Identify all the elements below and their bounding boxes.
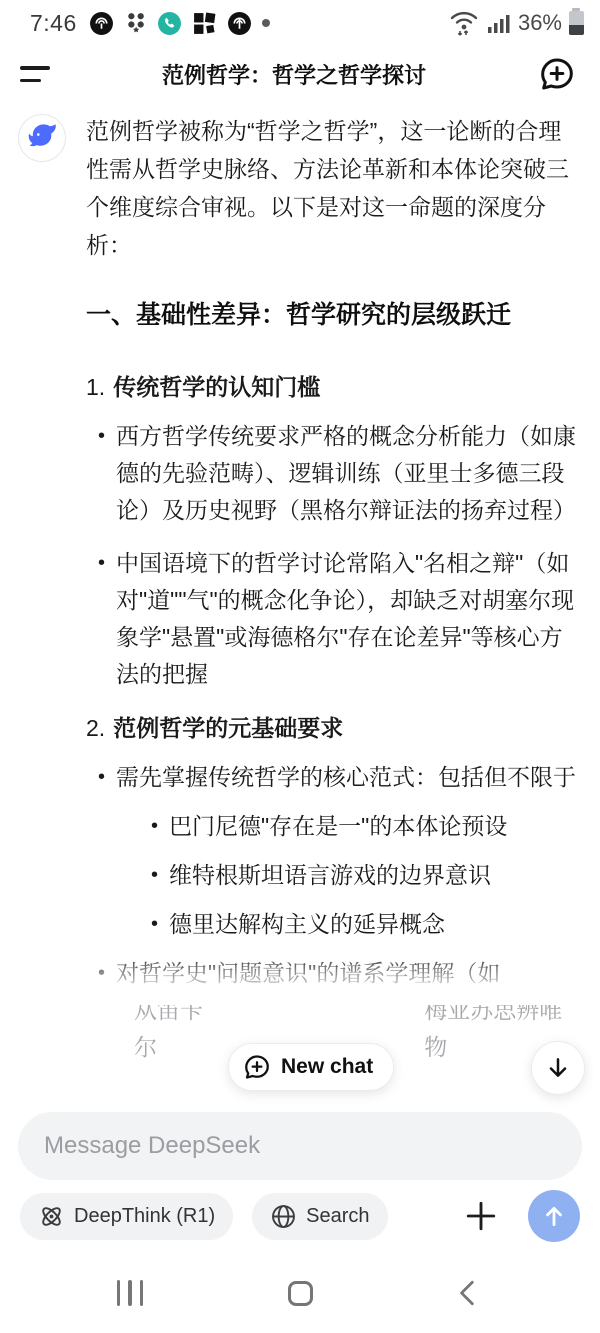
arrow-up-icon [541,1203,567,1229]
send-button[interactable] [528,1190,580,1242]
attach-button[interactable] [461,1196,501,1236]
clock: 7:46 [30,10,77,37]
numbered-item-2-title: 2.范例哲学的元基础要求 [86,709,582,747]
bullet: •需先掌握传统哲学的核心范式：包括但不限于 [86,759,582,796]
notification-circle-icon [89,11,114,36]
grid-collage-icon [192,11,217,36]
four-dots-icon [124,10,147,37]
new-chat-label: New chat [281,1055,373,1079]
message-input[interactable] [18,1112,582,1180]
composer-actions [461,1190,580,1242]
assistant-message-body: 范例哲学被称为“哲学之哲学”，这一论断的合理性需从哲学史脉络、方法论革新和本体论… [86,112,582,1066]
search-label: Search [306,1205,369,1228]
status-bar: 7:46 36% [0,0,600,46]
chat-scroll-area[interactable]: 范例哲学被称为“哲学之哲学”，这一论断的合理性需从哲学史脉络、方法论革新和本体论… [0,100,600,1105]
recents-button[interactable] [90,1253,170,1333]
menu-button[interactable] [20,46,54,102]
back-button[interactable] [428,1253,508,1333]
wifi-arrows-icon [448,8,480,38]
phone-teal-icon [157,11,182,36]
deepthink-label: DeepThink (R1) [74,1205,215,1228]
bullet: •对哲学史"问题意识"的谱系学理解（如 [86,955,582,992]
scroll-to-bottom-button[interactable] [531,1041,585,1095]
search-toggle[interactable]: Search [252,1193,387,1240]
item-1-bullets: •西方哲学传统要求严格的概念分析能力（如康德的先验范畴）、逻辑训练（亚里士多德三… [86,418,582,693]
deepseek-whale-icon [26,122,58,154]
sub-bullet: •德里达解构主义的延异概念 [86,906,582,943]
signal-bars-icon [486,10,512,36]
new-chat-floating-button[interactable]: New chat [228,1043,394,1091]
atom-icon [38,1203,65,1230]
plus-icon [463,1198,499,1234]
item-2-bullets: •需先掌握传统哲学的核心范式：包括但不限于 •巴门尼德"存在是一"的本体论预设 … [86,759,582,1066]
globe-icon [270,1203,297,1230]
recents-icon [117,1280,144,1306]
section-heading: 一、基础性差异：哲学研究的层级跃迁 [86,298,582,332]
home-icon [288,1281,313,1306]
back-chevron-icon [455,1278,481,1308]
intro-paragraph: 范例哲学被称为“哲学之哲学”，这一论断的合理性需从哲学史脉络、方法论革新和本体论… [86,112,582,264]
assistant-avatar [18,114,66,162]
notification-circle-icon [227,11,252,36]
status-right: 36% [448,8,584,38]
assistant-message: 范例哲学被称为“哲学之哲学”，这一论断的合理性需从哲学史脉络、方法论革新和本体论… [0,100,600,1066]
chat-bubble-plus-icon [537,54,577,94]
arrow-down-icon [545,1055,571,1081]
dot-icon [262,19,270,27]
phone-screen: 7:46 36% 范例哲学：哲学之哲学探讨 [0,0,600,1333]
android-nav-bar [0,1253,600,1333]
new-chat-button[interactable] [534,51,580,97]
numbered-item-1-title: 1.传统哲学的认知门槛 [86,368,582,406]
bullet: •中国语境下的哲学讨论常陷入"名相之辩"（如对"道""气"的概念化争论），却缺乏… [86,545,582,693]
battery-icon [568,8,584,38]
notification-icons [89,10,270,37]
chat-bubble-plus-icon [242,1052,272,1082]
bullet: •西方哲学传统要求严格的概念分析能力（如康德的先验范畴）、逻辑训练（亚里士多德三… [86,418,582,529]
sub-bullet: •维特根斯坦语言游戏的边界意识 [86,857,582,894]
app-header: 范例哲学：哲学之哲学探讨 [0,46,600,102]
deepthink-toggle[interactable]: DeepThink (R1) [20,1193,233,1240]
battery-percent: 36% [518,10,562,36]
conversation-title: 范例哲学：哲学之哲学探讨 [54,59,534,90]
home-button[interactable] [260,1253,340,1333]
sub-bullet: •巴门尼德"存在是一"的本体论预设 [86,808,582,845]
composer-toolbar: DeepThink (R1) Search [0,1189,600,1243]
